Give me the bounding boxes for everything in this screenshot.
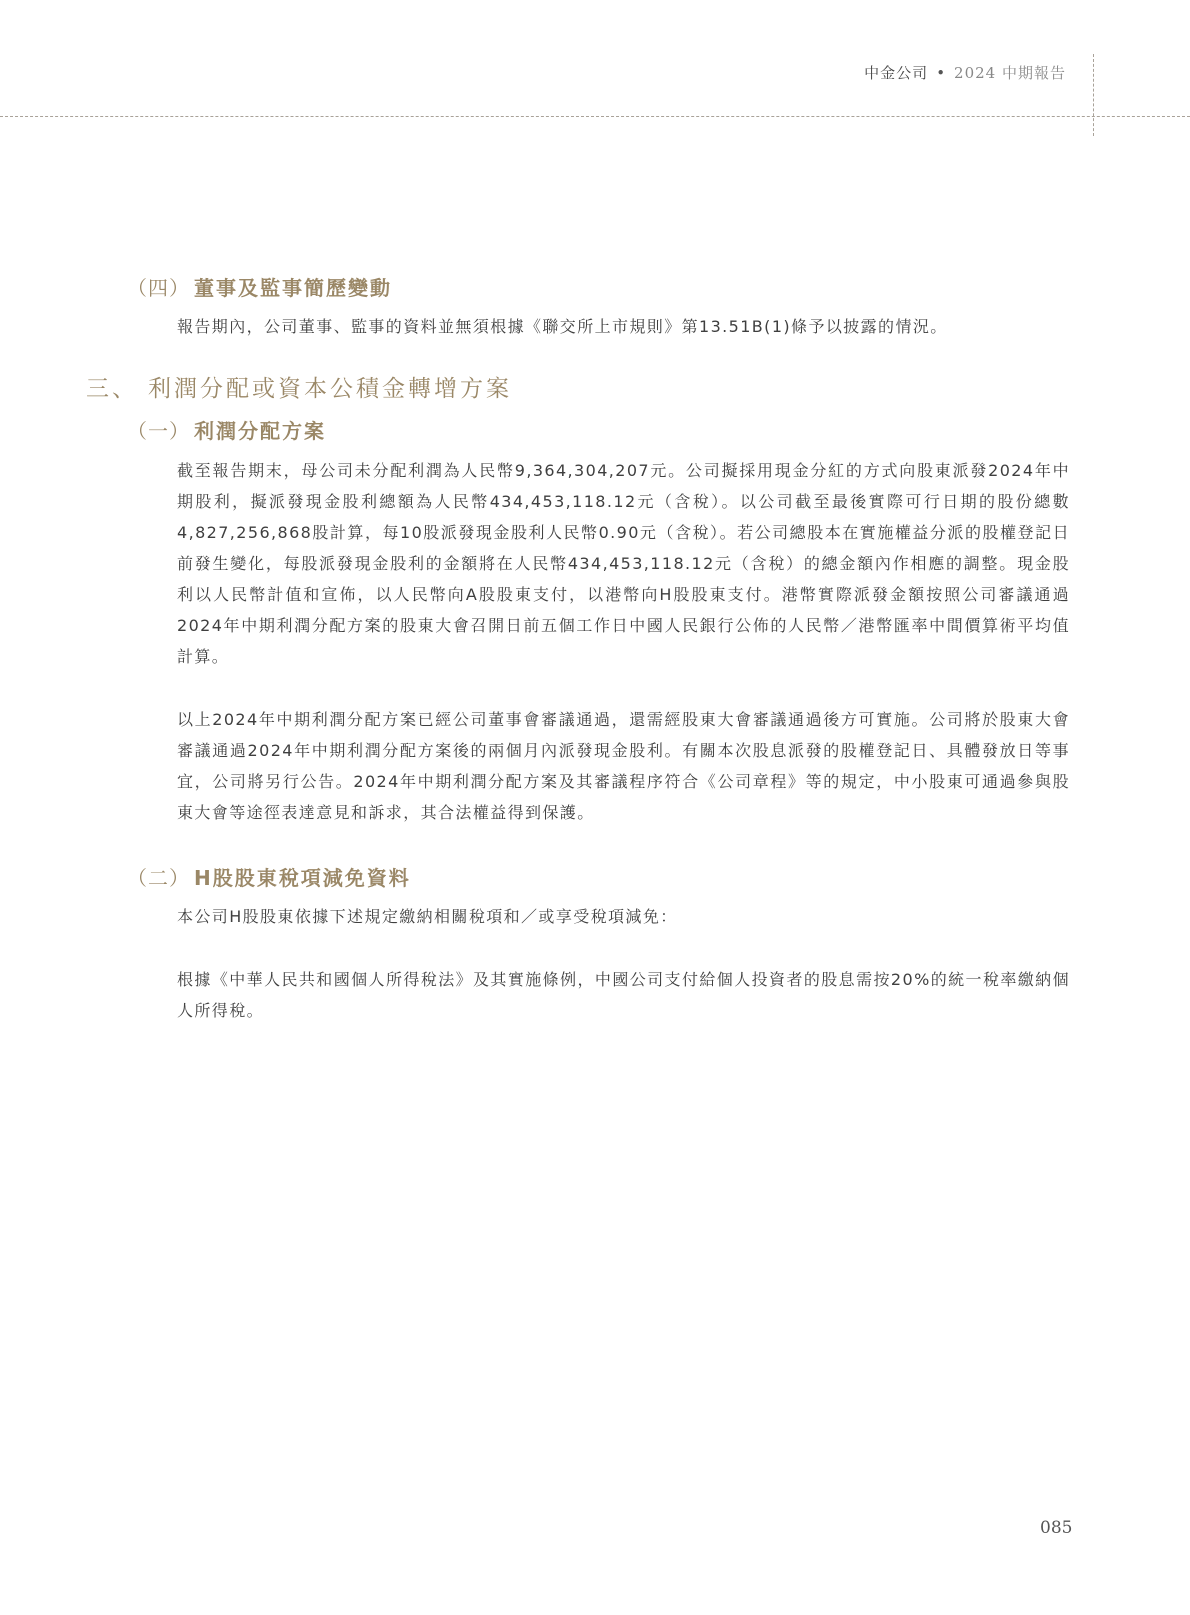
heading-title: H股股東稅項減免資料 — [194, 866, 411, 890]
heading-profit-distribution: 三、利潤分配或資本公積金轉增方案 — [86, 370, 512, 403]
heading-title: 利潤分配方案 — [194, 419, 326, 443]
header-dashed-rule — [0, 116, 1190, 117]
header-vertical-dashed-rule — [1093, 54, 1094, 136]
heading-number: （一） — [127, 419, 190, 443]
running-header: 中金公司•2024 中期報告 — [864, 62, 1066, 83]
company-name: 中金公司 — [864, 64, 928, 82]
heading-number: （二） — [127, 866, 190, 890]
page-number: 085 — [1040, 1518, 1072, 1538]
paragraph-tax-1: 本公司H股股東依據下述規定繳納相關稅項和／或享受稅項減免： — [177, 901, 1070, 932]
heading-title: 董事及監事簡歷變動 — [194, 276, 392, 300]
header-separator: • — [936, 64, 946, 82]
heading-h-share-tax: （二）H股股東稅項減免資料 — [127, 862, 411, 891]
paragraph-profit-plan-2: 以上2024年中期利潤分配方案已經公司董事會審議通過，還需經股東大會審議通過後方… — [177, 704, 1070, 828]
paragraph-directors-change: 報告期內，公司董事、監事的資料並無須根據《聯交所上市規則》第13.51B(1)條… — [177, 311, 1070, 342]
paragraph-tax-2: 根據《中華人民共和國個人所得稅法》及其實施條例，中國公司支付給個人投資者的股息需… — [177, 964, 1070, 1026]
heading-number: 三、 — [86, 376, 138, 402]
heading-title: 利潤分配或資本公積金轉增方案 — [148, 376, 512, 402]
heading-profit-plan: （一）利潤分配方案 — [127, 415, 326, 444]
heading-directors-change: （四）董事及監事簡歷變動 — [127, 272, 392, 301]
report-title: 2024 中期報告 — [954, 64, 1066, 82]
heading-number: （四） — [127, 276, 190, 300]
paragraph-profit-plan-1: 截至報告期末，母公司未分配利潤為人民幣9,364,304,207元。公司擬採用現… — [177, 455, 1070, 672]
